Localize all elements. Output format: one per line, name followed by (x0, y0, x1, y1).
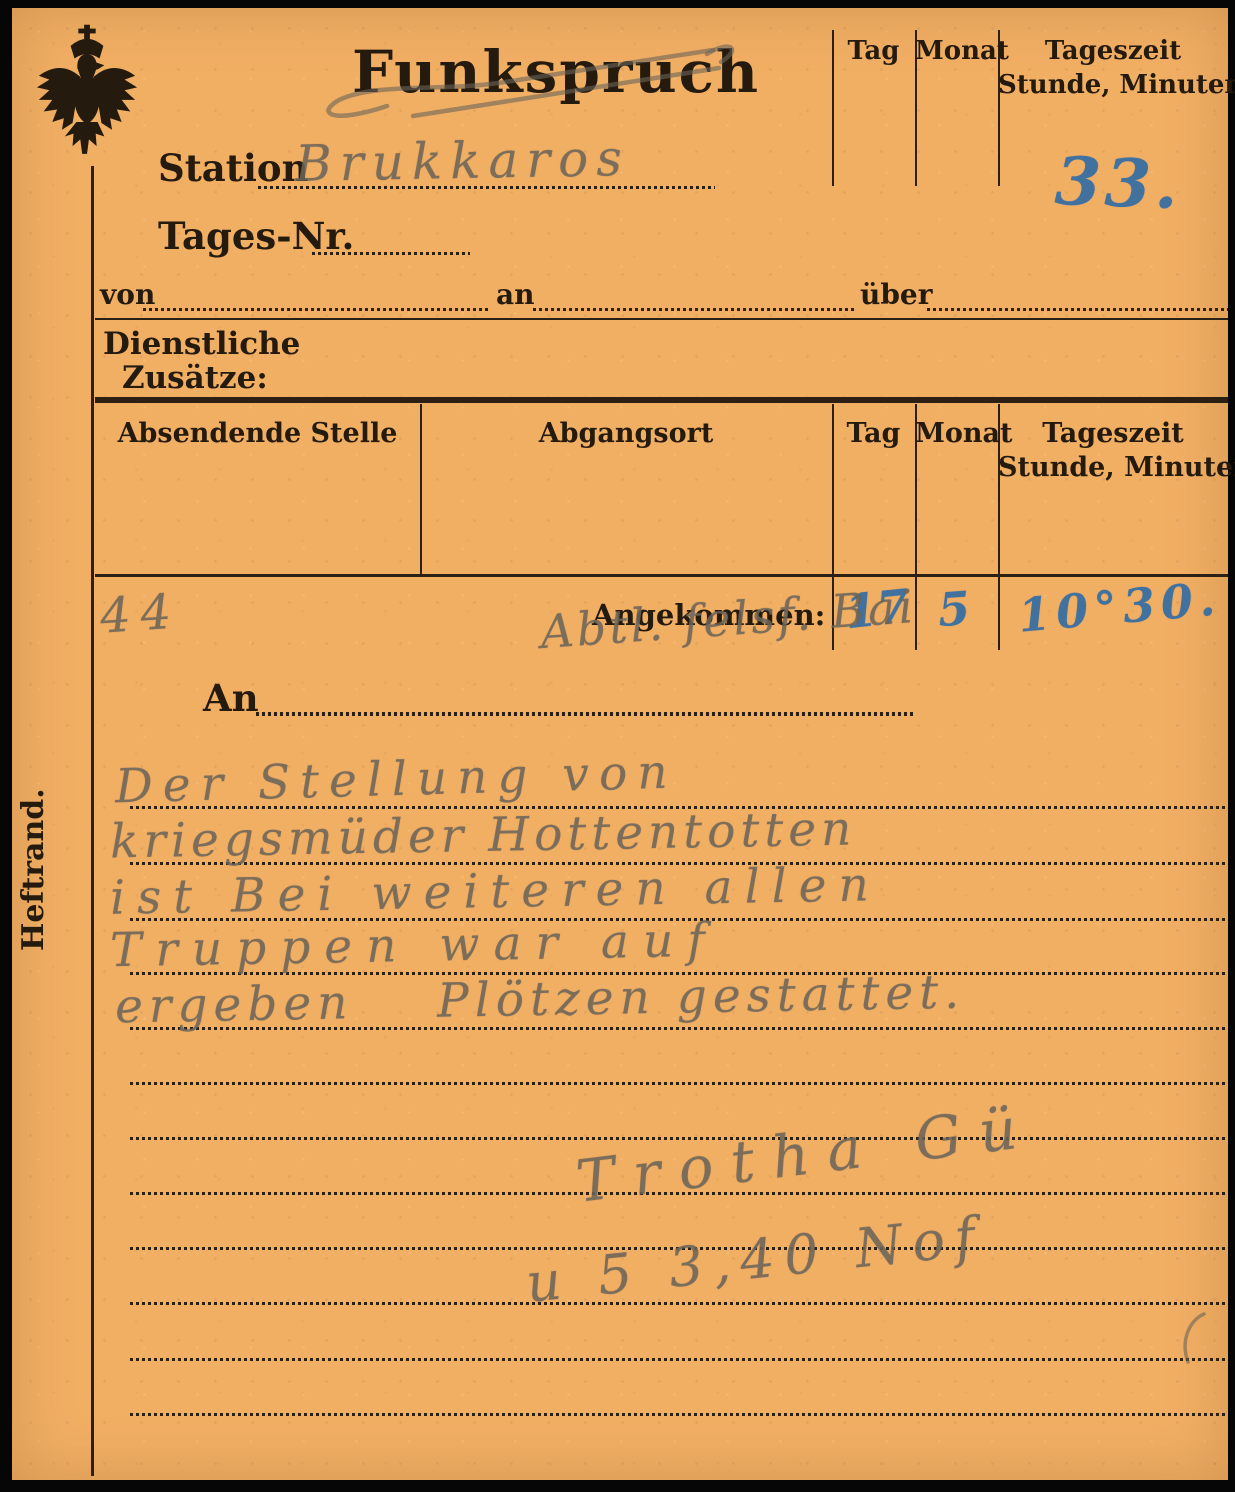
heftrand-label: Heftrand. (16, 720, 76, 1020)
divider-under-table (95, 574, 1228, 577)
header-tag-label: Tag (832, 36, 915, 66)
an-label: an (496, 278, 535, 311)
station-value-handwriting: Brukkaros (295, 129, 631, 193)
ruled-line (130, 1082, 1226, 1085)
ruled-line (130, 1413, 1226, 1416)
an-recipient-label: An (203, 676, 259, 720)
scanned-funkspruch-form: { "document": { "type_label": "Funkspruc… (0, 0, 1235, 1492)
pencil-tick-mark (1178, 1312, 1212, 1364)
ueber-fill-line (927, 308, 1228, 311)
pencil-strikethrough (315, 26, 755, 136)
dienstliche-zusaetze-label-line1: Dienstliche (103, 326, 300, 362)
thick-divider-above-table (95, 397, 1228, 403)
header-monat-label: Monat (915, 36, 998, 66)
von-fill-line (143, 308, 490, 311)
divider-under-von-row (95, 318, 1228, 320)
an-recipient-fill-line (256, 712, 916, 716)
corner-note-handwriting: 44 (98, 583, 183, 645)
station-label: Station (158, 146, 309, 190)
table-header-tag: Tag (832, 418, 915, 449)
table-header-abgangsort: Abgangsort (420, 418, 832, 449)
ueber-label: über (860, 278, 933, 311)
angekommen-monat-handwriting: 5 (936, 581, 972, 637)
table-header-tageszeit-line2: Stunde, Minuten (998, 452, 1228, 483)
body-line-4-handwriting: Truppen war auf (110, 913, 720, 979)
heftrand-margin-line (91, 166, 94, 1476)
table-header-absendende-stelle: Absendende Stelle (95, 418, 420, 449)
an-fill-line (533, 308, 855, 311)
ruled-line (130, 1358, 1226, 1361)
header-tageszeit-label-line1: Tageszeit (998, 36, 1228, 66)
header-tageszeit-label-line2: Stunde, Minuten (998, 70, 1228, 100)
imperial-eagle-icon (34, 24, 140, 170)
table-header-tageszeit-line1: Tageszeit (998, 418, 1228, 449)
ruled-line (130, 1302, 1226, 1305)
tages-nr-label: Tages-Nr. (158, 214, 354, 258)
table-header-monat: Monat (915, 418, 998, 449)
message-number-handwriting: 33. (1054, 142, 1183, 224)
dienstliche-zusaetze-label-line2: Zusätze: (122, 360, 268, 396)
von-label: von (100, 278, 155, 311)
